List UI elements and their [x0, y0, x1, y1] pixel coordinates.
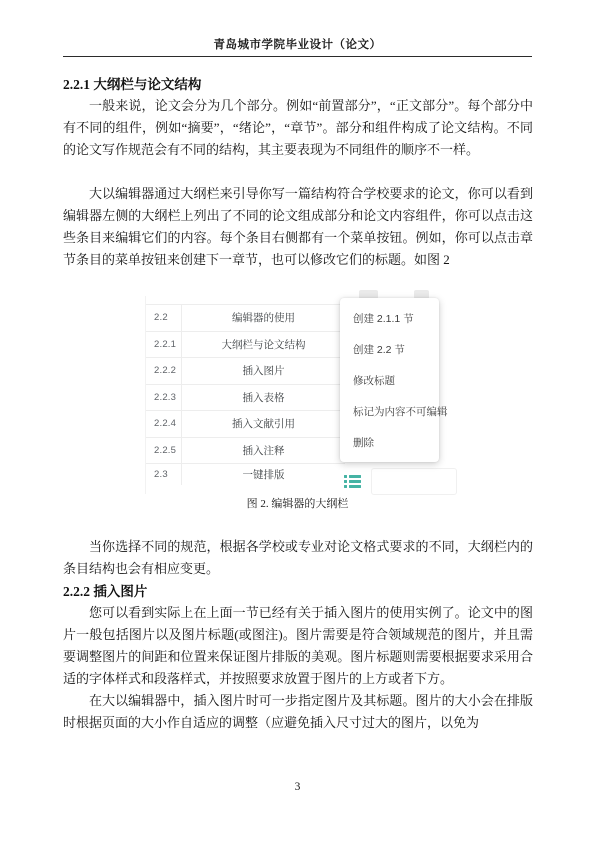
- outline-row-number: 2.3: [146, 464, 181, 485]
- figure-caption: 图 2. 编辑器的大纲栏: [0, 495, 595, 511]
- outline-row-label: 插入注释: [181, 438, 345, 464]
- context-menu: 创建 2.1.1 节 创建 2.2 节 修改标题 标记为内容不可编辑 删除: [340, 298, 439, 462]
- list-icon[interactable]: [344, 475, 361, 488]
- outline-row-label: 插入文献引用: [181, 411, 345, 437]
- outline-partial-row: [146, 296, 345, 305]
- menu-item-delete[interactable]: 删除: [340, 427, 439, 458]
- outline-row-label: 编辑器的使用: [181, 305, 345, 331]
- outline-row-label: 插入图片: [181, 358, 345, 384]
- header-rule: [63, 56, 532, 57]
- paragraph-5: 在大以编辑器中，插入图片时可一步指定图片及其标题。图片的大小会在排版时根据页面的…: [63, 690, 533, 734]
- outline-row-2-2-4[interactable]: 2.2.4 插入文献引用: [146, 411, 345, 438]
- outline-row-2-3[interactable]: 2.3 一键排版: [146, 464, 345, 485]
- outline-row-2-2-2[interactable]: 2.2.2 插入图片: [146, 358, 345, 385]
- section-heading-222: 2.2.2 插入图片: [63, 580, 532, 600]
- outline-row-2-2[interactable]: 2.2 编辑器的使用: [146, 305, 345, 332]
- obscured-row-card: [371, 468, 457, 495]
- outline-row-number: 2.2.1: [146, 332, 181, 358]
- outline-row-label: 插入表格: [181, 385, 345, 411]
- outline-row-number: 2.2.2: [146, 358, 181, 384]
- menu-item-rename[interactable]: 修改标题: [340, 365, 439, 396]
- paragraph-1: 一般来说，论文会分为几个部分。例如“前置部分”，“正文部分”。每个部分中有不同的…: [63, 95, 533, 161]
- outline-row-2-2-3[interactable]: 2.2.3 插入表格: [146, 385, 345, 412]
- menu-item-create-211[interactable]: 创建 2.1.1 节: [340, 303, 439, 334]
- outline-row-number: 2.2.5: [146, 438, 181, 464]
- section-heading-221: 2.2.1 大纲栏与论文结构: [63, 73, 532, 93]
- running-header: 青岛城市学院毕业设计（论文）: [0, 36, 595, 52]
- outline-row-2-2-1[interactable]: 2.2.1 大纲栏与论文结构: [146, 332, 345, 359]
- outline-panel: 2.2 编辑器的使用 2.2.1 大纲栏与论文结构 2.2.2 插入图片 2.2…: [145, 296, 345, 494]
- paragraph-4: 您可以看到实际上在上面一节已经有关于插入图片的使用实例了。论文中的图片一般包括图…: [63, 602, 533, 690]
- outline-row-label: 一键排版: [181, 464, 345, 485]
- menu-item-create-22[interactable]: 创建 2.2 节: [340, 334, 439, 365]
- figure-editor-outline: 2.2 编辑器的使用 2.2.1 大纲栏与论文结构 2.2.2 插入图片 2.2…: [145, 296, 463, 494]
- outline-row-2-2-5[interactable]: 2.2.5 插入注释: [146, 438, 345, 465]
- paragraph-2: 大以编辑器通过大纲栏来引导你写一篇结构符合学校要求的论文，你可以看到编辑器左侧的…: [63, 183, 533, 271]
- outline-row-number: 2.2: [146, 305, 181, 331]
- outline-row-number: 2.2.4: [146, 411, 181, 437]
- document-page: 青岛城市学院毕业设计（论文） 2.2.1 大纲栏与论文结构 一般来说，论文会分为…: [0, 0, 595, 842]
- page-number: 3: [0, 781, 595, 793]
- outline-row-label: 大纲栏与论文结构: [181, 332, 345, 358]
- menu-item-mark-readonly[interactable]: 标记为内容不可编辑: [340, 396, 439, 427]
- outline-row-number: 2.2.3: [146, 385, 181, 411]
- paragraph-3: 当你选择不同的规范，根据各学校或专业对论文格式要求的不同，大纲栏内的条目结构也会…: [63, 536, 533, 580]
